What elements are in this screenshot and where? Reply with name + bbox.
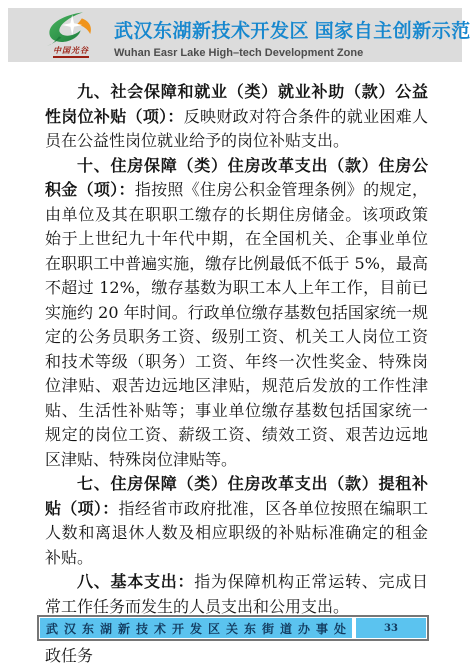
footer-page-number: 33 bbox=[356, 618, 426, 638]
paragraph-8-basic-expenditure: 八、基本支出：指为保障机构正常运转、完成日常工作任务而发生的人员支出和公用支出。 bbox=[45, 570, 428, 619]
paragraph-10-housing-fund: 十、住房保障（类）住房改革支出（款）住房公积金（项）：指按照《住房公积金管理条例… bbox=[45, 154, 428, 473]
header-title-block: 武汉东湖新技术开发区 国家自主创新示范区 Wuhan Easr Lake Hig… bbox=[114, 8, 470, 59]
footer-organization: 武汉东湖新技术开发区关东街道办事处 bbox=[40, 618, 352, 638]
logo-block: 中国光谷 bbox=[40, 10, 102, 58]
footer-bar: 武汉东湖新技术开发区关东街道办事处 33 bbox=[37, 615, 429, 641]
document-body: 九、社会保障和就业（类）就业补助（款）公益性岗位补贴（项）：反映财政对符合条件的… bbox=[45, 80, 428, 668]
paragraph-text: 指按照《住房公积金管理条例》的规定，由单位及其在职职工缴存的长期住房储金。该项政… bbox=[45, 180, 428, 469]
document-page: 中国光谷 武汉东湖新技术开发区 国家自主创新示范区 Wuhan Easr Lak… bbox=[0, 0, 470, 669]
paragraph-7-rent-subsidy: 七、住房保障（类）住房改革支出（款）提租补贴（项）：指经省市政府批准，区各单位按… bbox=[45, 472, 428, 570]
paragraph-heading: 八、基本支出： bbox=[77, 572, 194, 591]
china-optics-valley-logo-icon bbox=[40, 10, 102, 46]
page-subtitle: Wuhan Easr Lake High–tech Development Zo… bbox=[114, 47, 470, 59]
paragraph-9-social-security: 九、社会保障和就业（类）就业补助（款）公益性岗位补贴（项）：反映财政对符合条件的… bbox=[45, 80, 428, 154]
logo-caption: 中国光谷 bbox=[53, 46, 89, 58]
header-banner: 中国光谷 武汉东湖新技术开发区 国家自主创新示范区 Wuhan Easr Lak… bbox=[8, 8, 462, 62]
page-title: 武汉东湖新技术开发区 国家自主创新示范区 bbox=[114, 16, 470, 43]
